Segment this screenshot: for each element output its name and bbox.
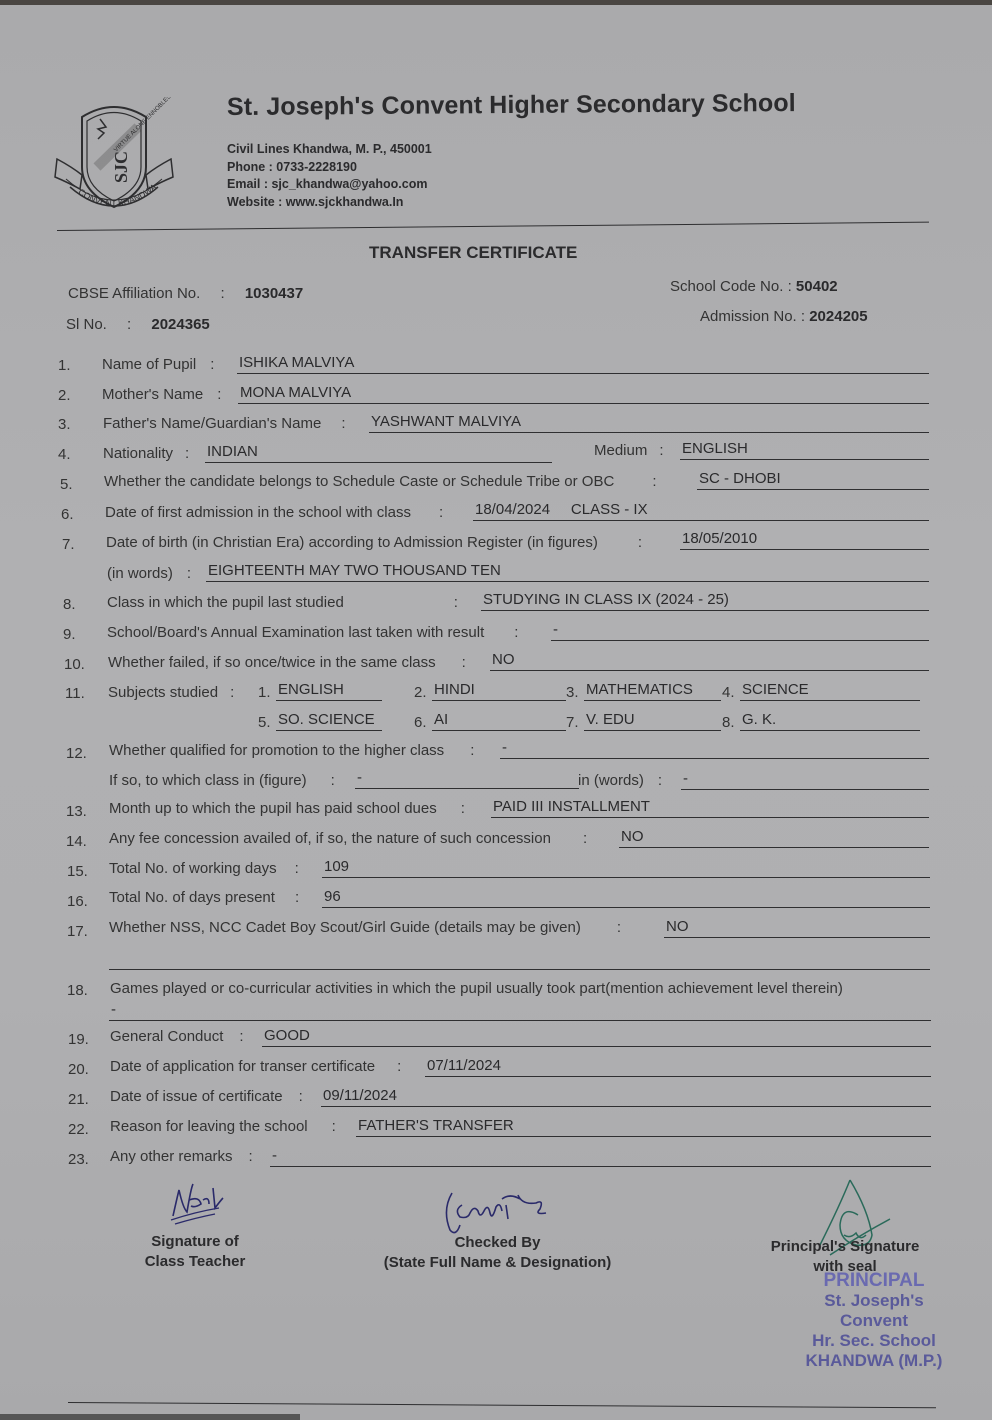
promotion-class-figure-value: - xyxy=(355,770,579,789)
checked-by-signature-icon xyxy=(440,1185,555,1240)
leaving-reason-value: FATHER'S TRANSFER xyxy=(356,1118,931,1137)
failed-value: NO xyxy=(490,652,929,671)
label-text: If so, to which class in (figure) xyxy=(109,772,307,789)
stamp-line: Hr. Sec. School xyxy=(800,1331,948,1351)
colon: : xyxy=(331,772,335,789)
subject-value: ENGLISH xyxy=(276,682,382,701)
admission-number: Admission No. : 2024205 xyxy=(700,308,868,325)
last-class-value: STUDYING IN CLASS IX (2024 - 25) xyxy=(481,592,929,611)
last-exam-value: - xyxy=(551,622,929,641)
school-address: Civil Lines Khandwa, M. P., 450001 xyxy=(227,141,432,159)
label-text: Reason for leaving the school xyxy=(110,1118,308,1135)
label-text: Subjects studied xyxy=(108,684,218,701)
label-dob-words: (in words): xyxy=(107,565,191,582)
logo-banner: CONVENT KHANDWA xyxy=(77,181,159,208)
subject-value: SO. SCIENCE xyxy=(276,712,382,731)
nationality-value: INDIAN xyxy=(205,444,552,463)
admission-label: Admission No. : xyxy=(700,308,805,325)
label-promotion-class-figure: If so, to which class in (figure): xyxy=(109,772,335,789)
colon: : xyxy=(210,356,214,373)
label-text: Any fee concession availed of, if so, th… xyxy=(109,830,551,847)
class-teacher-signature-label: Signature of Class Teacher xyxy=(140,1232,250,1272)
label-first-admission: Date of first admission in the school wi… xyxy=(105,504,443,521)
subject-number: 2. xyxy=(414,684,427,701)
label-text: Whether qualified for promotion to the h… xyxy=(109,742,444,759)
colon: : xyxy=(127,316,131,333)
sl-label: Sl No. xyxy=(66,316,107,333)
colon: : xyxy=(185,445,189,462)
school-code-value: 50402 xyxy=(796,278,838,295)
colon: : xyxy=(583,830,587,847)
item-number: 13. xyxy=(66,803,87,820)
label-subjects: Subjects studied: xyxy=(108,684,234,701)
label-remarks: Any other remarks: xyxy=(110,1148,253,1165)
item-number: 4. xyxy=(58,446,71,463)
item-number: 20. xyxy=(68,1061,89,1078)
item-number: 6. xyxy=(61,506,74,523)
item-number: 14. xyxy=(66,833,87,850)
subject-number: 6. xyxy=(414,714,427,731)
label-failed: Whether failed, if so once/twice in the … xyxy=(108,654,466,671)
colon: : xyxy=(332,1118,336,1135)
label-text: in (words) xyxy=(578,772,644,789)
subject-number: 8. xyxy=(722,714,735,731)
label-text: Total No. of working days xyxy=(109,860,277,877)
conduct-value: GOOD xyxy=(262,1028,931,1047)
colon: : xyxy=(239,1028,243,1045)
subject-number: 7. xyxy=(566,714,579,731)
label-text: Whether the candidate belongs to Schedul… xyxy=(104,473,614,490)
colon: : xyxy=(454,594,458,611)
label-pupil-name: Name of Pupil: xyxy=(102,356,214,373)
subject-value: HINDI xyxy=(432,682,566,701)
colon: : xyxy=(617,919,621,936)
label-text: Date of application for transer certific… xyxy=(110,1058,375,1075)
nss-ncc-details-line xyxy=(109,951,930,970)
item-number: 15. xyxy=(67,863,88,880)
school-code-label: School Code No. : xyxy=(670,278,792,295)
label-text: Mother's Name xyxy=(102,386,203,403)
fee-concession-value: NO xyxy=(619,829,929,848)
colon: : xyxy=(295,889,299,906)
colon: : xyxy=(652,473,656,490)
item-number: 3. xyxy=(58,416,71,433)
label-mother-name: Mother's Name: xyxy=(102,386,221,403)
label-nationality: Nationality: xyxy=(103,445,189,462)
label-application-date: Date of application for transer certific… xyxy=(110,1058,401,1075)
label-working-days: Total No. of working days: xyxy=(109,860,299,877)
label-text: Total No. of days present xyxy=(109,889,275,906)
school-contact: Civil Lines Khandwa, M. P., 450001 Phone… xyxy=(227,141,432,211)
label-promotion: Whether qualified for promotion to the h… xyxy=(109,742,474,759)
label-co-curricular: Games played or co-curricular activities… xyxy=(110,980,843,997)
remarks-value: - xyxy=(270,1148,931,1167)
item-number: 18. xyxy=(67,982,88,999)
label-fee-concession: Any fee concession availed of, if so, th… xyxy=(109,830,587,847)
colon: : xyxy=(658,772,662,789)
colon: : xyxy=(638,534,642,551)
colon: : xyxy=(397,1058,401,1075)
colon: : xyxy=(187,565,191,582)
label-text: School/Board's Annual Examination last t… xyxy=(107,624,484,641)
label-text: Month up to which the pupil has paid sch… xyxy=(109,800,437,817)
father-name-value: YASHWANT MALVIYA xyxy=(369,414,929,433)
item-number: 22. xyxy=(68,1121,89,1138)
subject-value: SCIENCE xyxy=(740,682,920,701)
sig-line: Checked By xyxy=(375,1233,620,1253)
subject-value: MATHEMATICS xyxy=(584,682,721,701)
label-text: General Conduct xyxy=(110,1028,223,1045)
principal-stamp: PRINCIPAL St. Joseph's Convent Hr. Sec. … xyxy=(800,1271,948,1371)
item-number: 21. xyxy=(68,1091,89,1108)
item-number: 1. xyxy=(58,357,71,374)
sig-line: Class Teacher xyxy=(140,1252,250,1272)
subject-value: AI xyxy=(432,712,566,731)
colon: : xyxy=(295,860,299,877)
label-text: (in words) xyxy=(107,565,173,582)
admission-value: 2024205 xyxy=(809,308,867,325)
affiliation-label: CBSE Affiliation No. xyxy=(68,285,200,302)
label-last-exam: School/Board's Annual Examination last t… xyxy=(107,624,518,641)
stamp-line: PRINCIPAL xyxy=(800,1271,948,1291)
label-text: Nationality xyxy=(103,445,173,462)
subject-value: G. K. xyxy=(740,712,920,731)
item-number: 8. xyxy=(63,596,76,613)
sl-value: 2024365 xyxy=(151,316,209,333)
header-divider xyxy=(57,222,929,231)
affiliation-value: 1030437 xyxy=(245,285,303,302)
mother-name-value: MONA MALVIYA xyxy=(238,385,929,404)
label-text: Date of first admission in the school wi… xyxy=(105,504,411,521)
checked-by-label: Checked By (State Full Name & Designatio… xyxy=(375,1233,620,1273)
medium-value: ENGLISH xyxy=(680,441,929,460)
dob-figures-value: 18/05/2010 xyxy=(680,531,929,550)
application-date-value: 07/11/2024 xyxy=(425,1058,931,1077)
pupil-name-value: ISHIKA MALVIYA xyxy=(237,355,929,374)
promotion-value: - xyxy=(500,740,929,759)
colon: : xyxy=(230,684,234,701)
item-number: 11. xyxy=(65,685,85,702)
item-number: 10. xyxy=(64,656,85,673)
item-number: 5. xyxy=(60,476,73,493)
label-caste: Whether the candidate belongs to Schedul… xyxy=(104,473,656,490)
certificate-page: VIRTUE ALONE ENNOBLES SJC CONVENT KHANDW… xyxy=(0,5,992,1415)
dues-value: PAID III INSTALLMENT xyxy=(491,799,929,818)
subject-value: V. EDU xyxy=(584,712,721,731)
co-curricular-value: - xyxy=(109,1002,931,1021)
class-teacher-signature-icon xyxy=(165,1178,235,1228)
label-nss-ncc: Whether NSS, NCC Cadet Boy Scout/Girl Gu… xyxy=(109,919,621,936)
label-last-class: Class in which the pupil last studied: xyxy=(107,594,458,611)
school-email: Email : sjc_khandwa@yahoo.com xyxy=(227,176,432,194)
subject-number: 1. xyxy=(258,684,271,701)
sig-line: Signature of xyxy=(140,1232,250,1252)
label-dues: Month up to which the pupil has paid sch… xyxy=(109,800,465,817)
school-website: Website : www.sjckhandwa.In xyxy=(227,194,432,212)
label-promotion-class-words: in (words): xyxy=(578,772,662,789)
colon: : xyxy=(461,800,465,817)
label-text: Any other remarks xyxy=(110,1148,233,1165)
days-present-value: 96 xyxy=(322,889,930,908)
item-number: 19. xyxy=(68,1031,89,1048)
label-days-present: Total No. of days present: xyxy=(109,889,299,906)
label-medium: Medium: xyxy=(594,442,664,459)
issue-date-value: 09/11/2024 xyxy=(321,1088,931,1107)
colon: : xyxy=(299,1088,303,1105)
subject-number: 3. xyxy=(566,684,579,701)
label-leaving-reason: Reason for leaving the school: xyxy=(110,1118,336,1135)
colon: : xyxy=(220,285,224,302)
item-number: 7. xyxy=(62,536,75,553)
stamp-line: St. Joseph's Convent xyxy=(800,1291,948,1331)
school-crest-logo: VIRTUE ALONE ENNOBLES SJC CONVENT KHANDW… xyxy=(52,97,176,217)
colon: : xyxy=(514,624,518,641)
label-issue-date: Date of issue of certificate: xyxy=(110,1088,303,1105)
item-number: 16. xyxy=(67,893,88,910)
item-number: 23. xyxy=(68,1151,89,1168)
sig-line: Principal's Signature xyxy=(760,1237,930,1257)
colon: : xyxy=(470,742,474,759)
item-number: 12. xyxy=(66,745,87,762)
svg-text:CONVENT KHANDWA: CONVENT KHANDWA xyxy=(77,181,159,208)
colon: : xyxy=(439,504,443,521)
label-text: Name of Pupil xyxy=(102,356,196,373)
item-number: 9. xyxy=(63,626,76,643)
label-text: Whether failed, if so once/twice in the … xyxy=(108,654,436,671)
colon: : xyxy=(462,654,466,671)
label-text: Class in which the pupil last studied xyxy=(107,594,344,611)
promotion-class-words-value: - xyxy=(681,771,929,790)
item-number: 17. xyxy=(67,923,88,940)
logo-monogram: SJC xyxy=(111,151,131,183)
colon: : xyxy=(217,386,221,403)
school-phone: Phone : 0733-2228190 xyxy=(227,159,432,177)
label-father-name: Father's Name/Guardian's Name: xyxy=(103,415,346,432)
label-conduct: General Conduct: xyxy=(110,1028,244,1045)
nss-ncc-value: NO xyxy=(664,919,930,938)
school-code: School Code No. : 50402 xyxy=(670,278,838,295)
school-name: St. Joseph's Convent Higher Secondary Sc… xyxy=(227,89,796,122)
first-admission-value: 18/04/2024 CLASS - IX xyxy=(473,502,929,521)
label-text: Medium xyxy=(594,442,647,459)
colon: : xyxy=(659,442,663,459)
colon: : xyxy=(249,1148,253,1165)
label-dob: Date of birth (in Christian Era) accordi… xyxy=(106,534,642,551)
stamp-line: KHANDWA (M.P.) xyxy=(800,1351,948,1371)
photo-bottom-edge xyxy=(0,1414,300,1420)
working-days-value: 109 xyxy=(322,859,930,878)
affiliation-number: CBSE Affiliation No. : 1030437 xyxy=(68,285,303,302)
footer-divider xyxy=(68,1402,936,1408)
sig-line: (State Full Name & Designation) xyxy=(375,1253,620,1273)
subject-number: 5. xyxy=(258,714,271,731)
logo-motto: VIRTUE ALONE ENNOBLES xyxy=(113,97,172,153)
certificate-title: TRANSFER CERTIFICATE xyxy=(369,243,577,263)
label-text: Date of issue of certificate xyxy=(110,1088,283,1105)
label-text: Date of birth (in Christian Era) accordi… xyxy=(106,534,598,551)
serial-number: Sl No. : 2024365 xyxy=(66,316,210,333)
subject-number: 4. xyxy=(722,684,735,701)
dob-words-value: EIGHTEENTH MAY TWO THOUSAND TEN xyxy=(206,563,929,582)
label-text: Whether NSS, NCC Cadet Boy Scout/Girl Gu… xyxy=(109,919,581,936)
colon: : xyxy=(341,415,345,432)
item-number: 2. xyxy=(58,387,71,404)
label-text: Father's Name/Guardian's Name xyxy=(103,415,321,432)
caste-value: SC - DHOBI xyxy=(697,471,929,490)
